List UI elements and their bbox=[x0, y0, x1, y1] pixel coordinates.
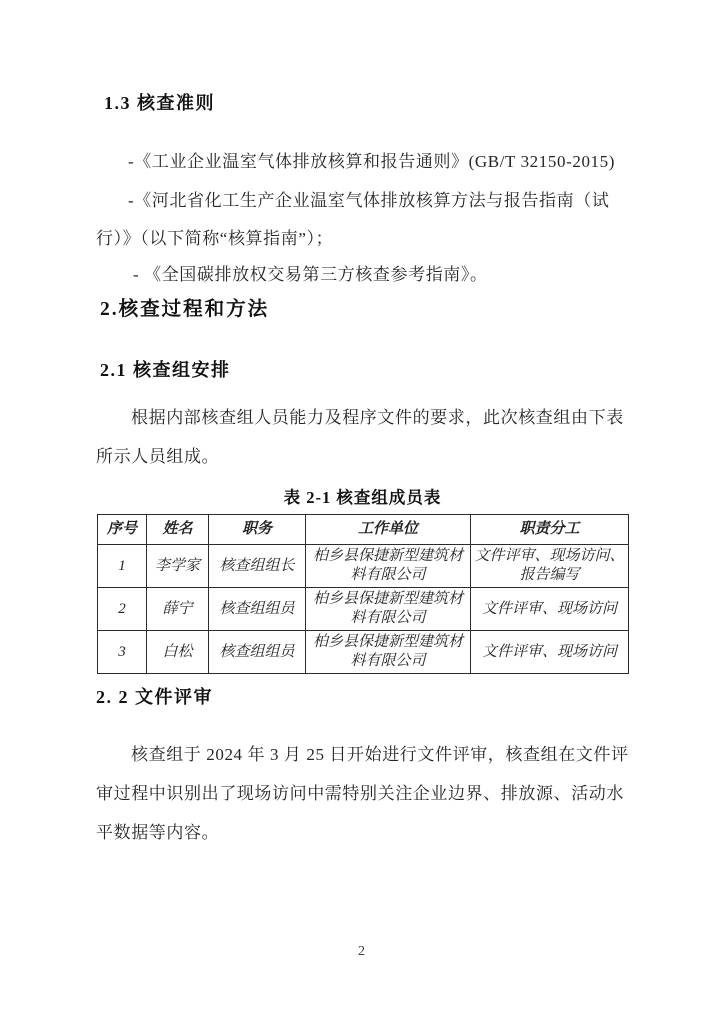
col-header-org: 工作单位 bbox=[306, 515, 471, 545]
cell-name: 李学家 bbox=[147, 545, 209, 588]
cell-role: 核查组组长 bbox=[209, 545, 306, 588]
criteria-bullet-2-line-2: 行）》（以下简称“核算指南”）； bbox=[96, 228, 333, 249]
cell-index: 1 bbox=[98, 545, 147, 588]
col-header-index: 序号 bbox=[98, 515, 147, 545]
cell-duties: 文件评审、现场访问、报告编写 bbox=[471, 545, 629, 588]
cell-name: 薛宁 bbox=[147, 588, 209, 631]
cell-duties: 文件评审、现场访问 bbox=[471, 631, 629, 674]
document-page: 1.3 核查准则 -《工业企业温室气体排放核算和报告通则》(GB/T 32150… bbox=[0, 0, 723, 1024]
review-paragraph-line-1: 核查组于 2024 年 3 月 25 日开始进行文件评审，核查组在文件评 bbox=[131, 744, 629, 765]
cell-role: 核查组组员 bbox=[209, 631, 306, 674]
page-number: 2 bbox=[0, 944, 723, 960]
criteria-bullet-1: -《工业企业温室气体排放核算和报告通则》(GB/T 32150-2015) bbox=[128, 151, 615, 172]
table-header-row: 序号 姓名 职务 工作单位 职责分工 bbox=[98, 515, 629, 545]
col-header-name: 姓名 bbox=[147, 515, 209, 545]
review-paragraph-line-3: 平数据等内容。 bbox=[96, 822, 219, 843]
cell-org: 柏乡县保捷新型建筑材料有限公司 bbox=[306, 631, 471, 674]
cell-role: 核查组组员 bbox=[209, 588, 306, 631]
criteria-bullet-2-line-1: -《河北省化工生产企业温室气体排放核算方法与报告指南（试 bbox=[128, 190, 609, 211]
section-heading-2-1: 2.1 核查组安排 bbox=[100, 359, 231, 382]
col-header-role: 职务 bbox=[209, 515, 306, 545]
cell-org: 柏乡县保捷新型建筑材料有限公司 bbox=[306, 545, 471, 588]
members-table: 序号 姓名 职务 工作单位 职责分工 1 李学家 核查组组长 柏乡县保捷新型建筑… bbox=[97, 514, 629, 674]
review-paragraph-line-2: 审过程中识别出了现场访问中需特别关注企业边界、排放源、活动水 bbox=[96, 783, 624, 804]
col-header-duties: 职责分工 bbox=[471, 515, 629, 545]
team-paragraph-line-1: 根据内部核查组人员能力及程序文件的要求，此次核查组由下表 bbox=[131, 407, 624, 428]
cell-duties: 文件评审、现场访问 bbox=[471, 588, 629, 631]
cell-name: 白松 bbox=[147, 631, 209, 674]
table-row: 2 薛宁 核查组组员 柏乡县保捷新型建筑材料有限公司 文件评审、现场访问 bbox=[98, 588, 629, 631]
section-heading-1-3: 1.3 核查准则 bbox=[104, 92, 215, 115]
table-caption: 表 2-1 核查组成员表 bbox=[97, 488, 628, 509]
cell-index: 2 bbox=[98, 588, 147, 631]
cell-org: 柏乡县保捷新型建筑材料有限公司 bbox=[306, 588, 471, 631]
table-row: 3 白松 核查组组员 柏乡县保捷新型建筑材料有限公司 文件评审、现场访问 bbox=[98, 631, 629, 674]
section-heading-2-2: 2. 2 文件评审 bbox=[96, 686, 213, 709]
criteria-bullet-3: - 《全国碳排放权交易第三方核查参考指南》。 bbox=[133, 264, 488, 285]
team-paragraph-line-2: 所示人员组成。 bbox=[96, 446, 219, 467]
section-heading-2: 2.核查过程和方法 bbox=[100, 298, 269, 322]
table-row: 1 李学家 核查组组长 柏乡县保捷新型建筑材料有限公司 文件评审、现场访问、报告… bbox=[98, 545, 629, 588]
cell-index: 3 bbox=[98, 631, 147, 674]
